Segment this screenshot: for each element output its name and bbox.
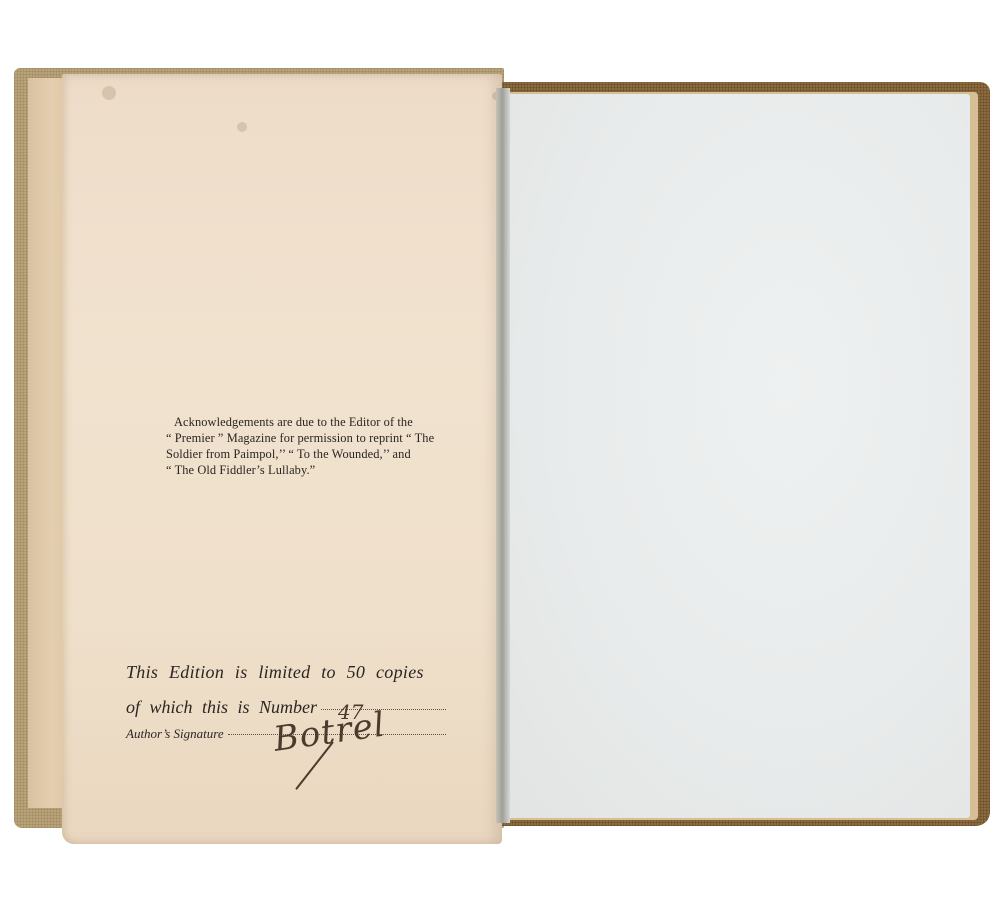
- ack-line: Soldier from Paimpol,’’ “ To the Wounded…: [166, 446, 466, 462]
- ack-line: Acknowledgements are due to the Editor o…: [166, 414, 466, 430]
- gutter-shadow: [496, 88, 510, 823]
- foxing-spot: [102, 86, 116, 100]
- edition-limit-line: This Edition is limited to 50 copies: [126, 662, 446, 683]
- acknowledgement-text: Acknowledgements are due to the Editor o…: [166, 414, 466, 478]
- ack-line: “ The Old Fiddler’s Lullaby.”: [166, 462, 466, 478]
- right-blank-page: [508, 94, 970, 818]
- limitation-statement: This Edition is limited to 50 copies of …: [126, 662, 446, 742]
- open-book: Acknowledgements are due to the Editor o…: [0, 0, 1000, 900]
- signature-label: Author’s Signature: [126, 726, 224, 742]
- copy-number-line: of which this is Number: [126, 697, 446, 718]
- ack-line: “ Premier ” Magazine for permission to r…: [166, 430, 466, 446]
- copy-number-label: of which this is Number: [126, 697, 317, 718]
- foxing-spot: [237, 122, 247, 132]
